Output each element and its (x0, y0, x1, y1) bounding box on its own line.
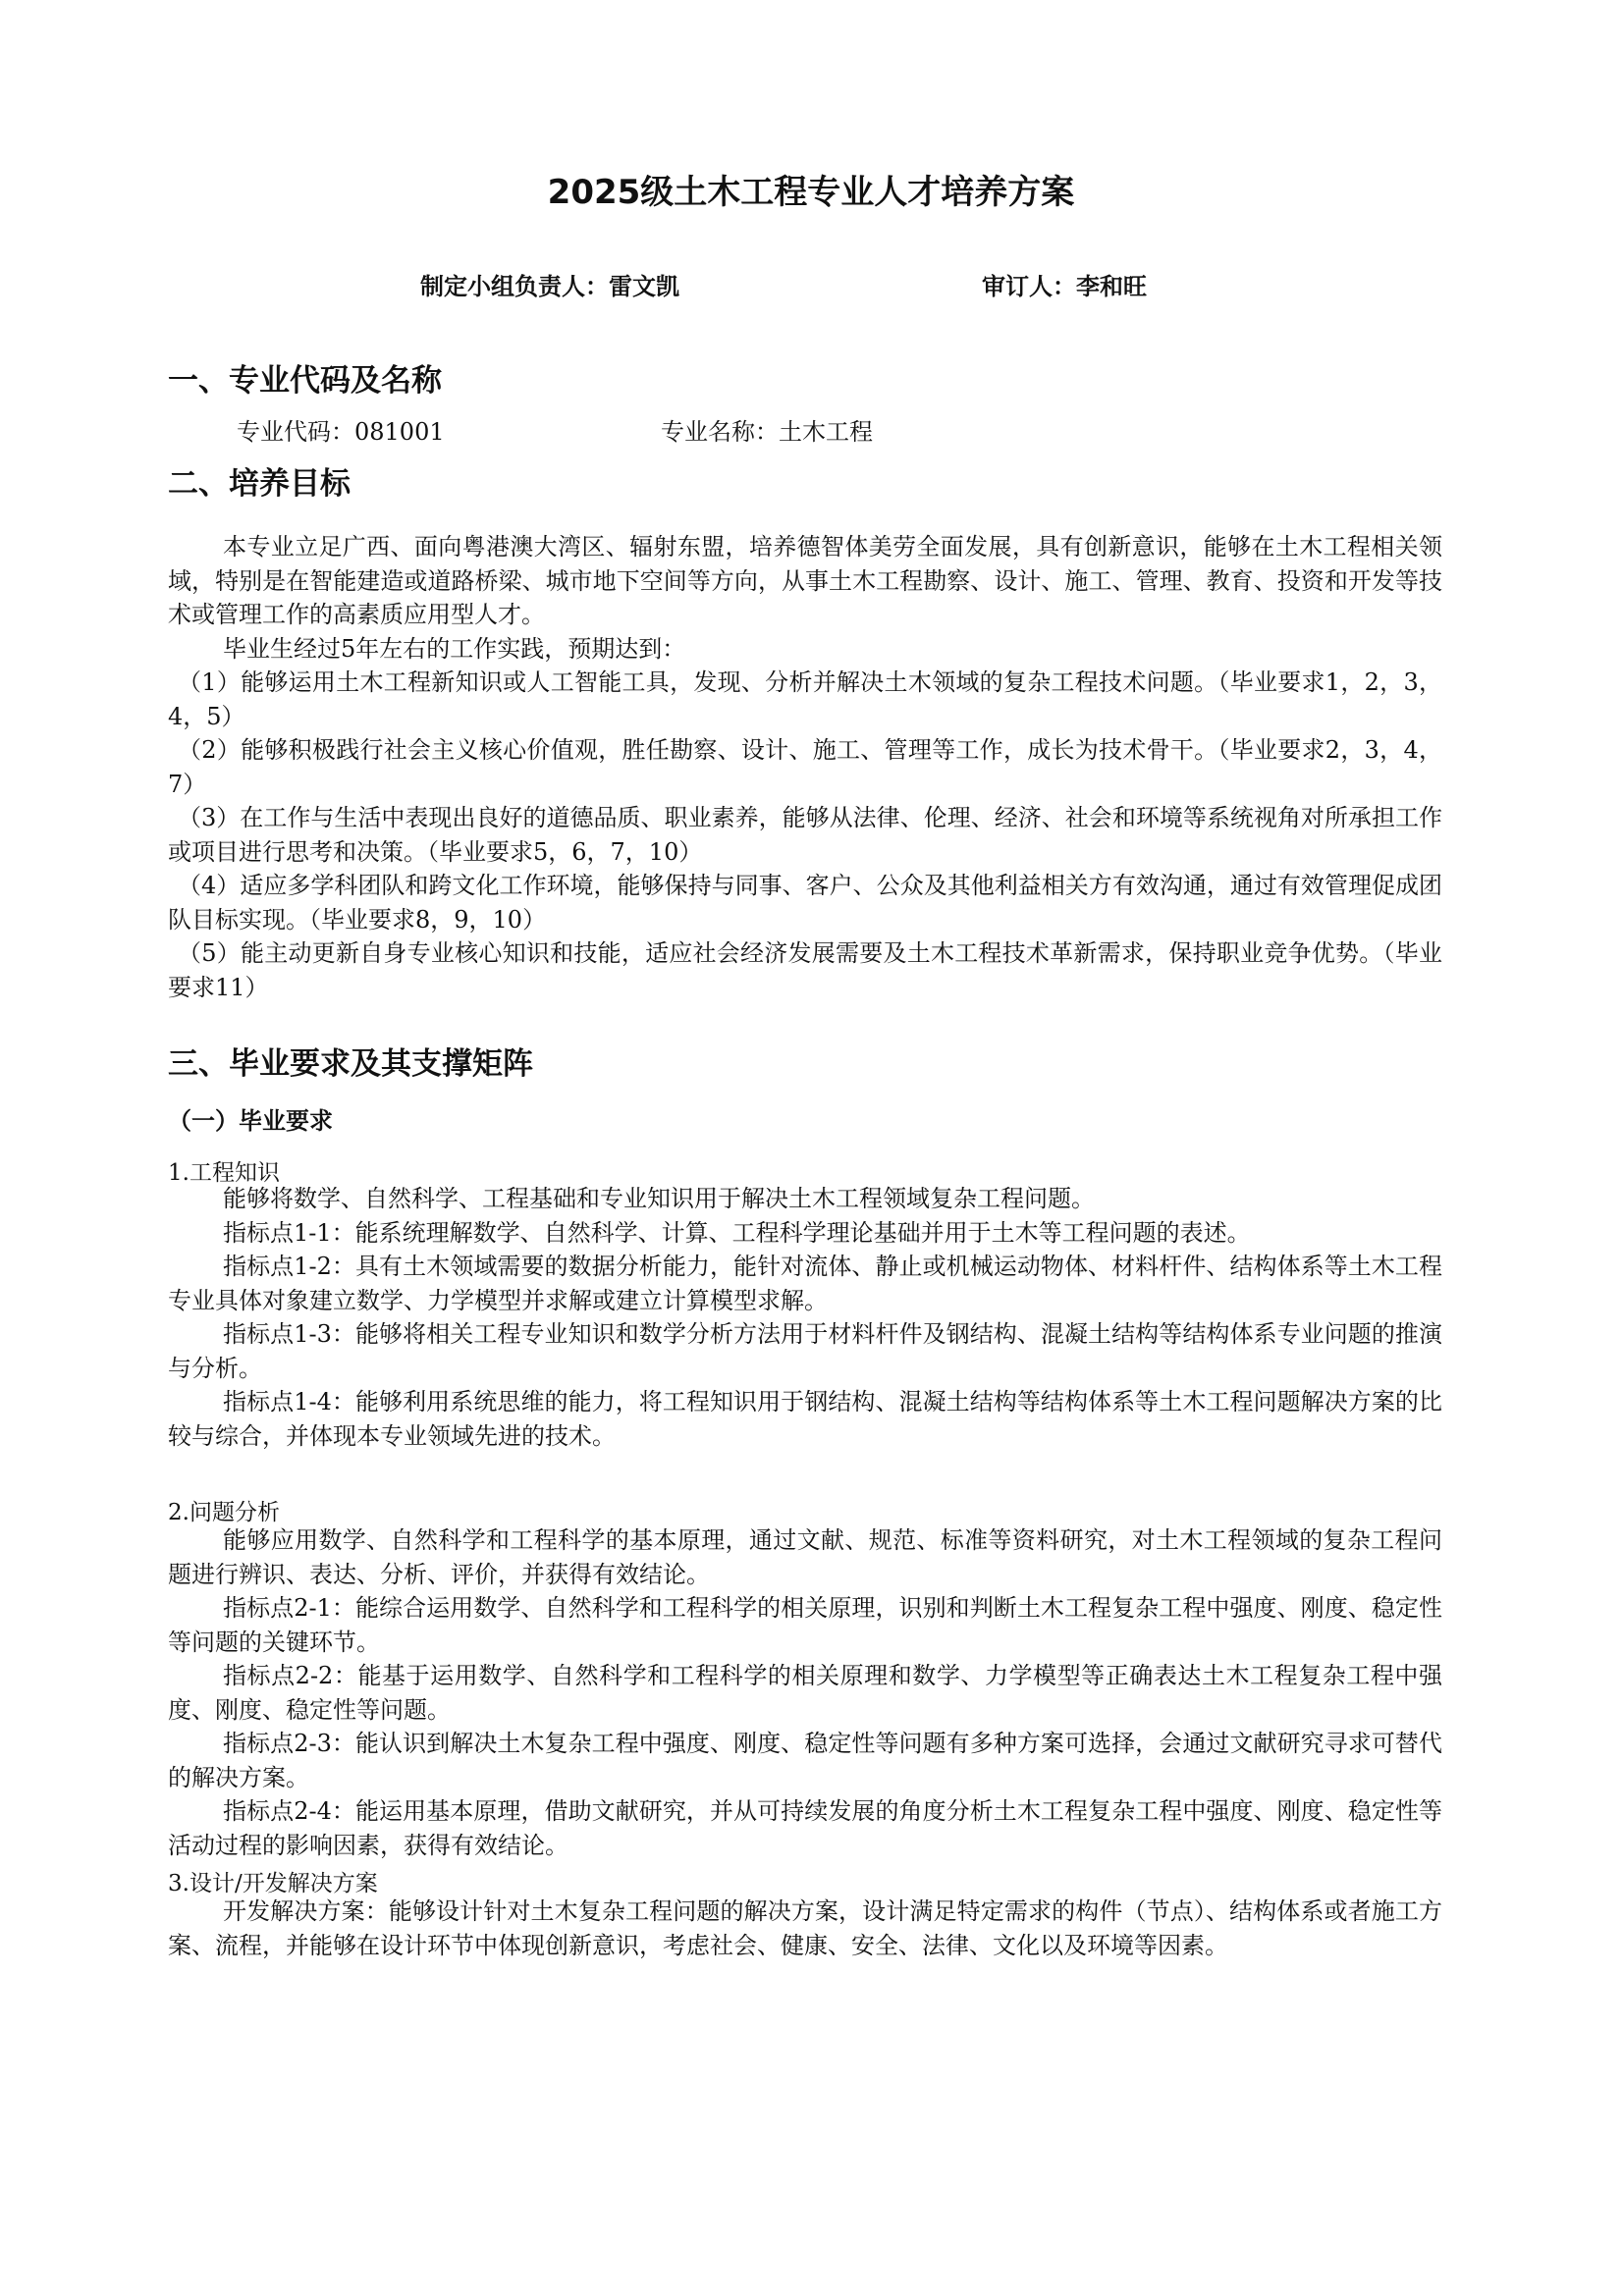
major-code-label: 专业代码： (237, 418, 354, 446)
goal-item: （1）能够运用土木工程新知识或人工智能工具，发现、分析并解决土木领域的复杂工程技… (168, 666, 1442, 733)
section3-heading: 三、毕业要求及其支撑矩阵 (168, 1039, 533, 1083)
indicator-point: 指标点1-3：能够将相关工程专业知识和数学分析方法用于材料杆件及钢结构、混凝土结… (168, 1317, 1442, 1385)
indicator-point: 指标点1-1：能系统理解数学、自然科学、计算、工程科学理论基础并用于土木等工程问… (168, 1216, 1442, 1251)
indicator-point: 指标点2-3：能认识到解决土木复杂工程中强度、刚度、稳定性等问题有多种方案可选择… (168, 1727, 1442, 1794)
reviewer-credit: 审订人：李和旺 (982, 267, 1147, 301)
major-name-value: 土木工程 (779, 418, 873, 446)
goal-item: （3）在工作与生活中表现出良好的道德品质、职业素养，能够从法律、伦理、经济、社会… (168, 801, 1442, 869)
major-name: 专业名称：土木工程 (661, 412, 873, 447)
requirement-2-title: 2.问题分析 (168, 1494, 280, 1526)
leader-label: 制定小组负责人： (420, 273, 609, 300)
requirement-1-desc: 能够将数学、自然科学、工程基础和专业知识用于解决土木工程领域复杂工程问题。 (168, 1182, 1442, 1216)
major-code: 专业代码：081001 (237, 412, 445, 447)
reviewer-label: 审订人： (982, 273, 1076, 300)
indicator-point: 指标点2-1：能综合运用数学、自然科学和工程科学的相关原理，识别和判断土木工程复… (168, 1591, 1442, 1659)
indicator-point: 指标点2-4：能运用基本原理，借助文献研究，并从可持续发展的角度分析土木工程复杂… (168, 1794, 1442, 1862)
goal-item: （4）适应多学科团队和跨文化工作环境，能够保持与同事、客户、公众及其他利益相关方… (168, 869, 1442, 936)
reviewer-name: 李和旺 (1076, 273, 1147, 300)
training-objective-intro: 本专业立足广西、面向粤港澳大湾区、辐射东盟，培养德智体美劳全面发展，具有创新意识… (168, 530, 1442, 632)
document-title: 2025级土木工程专业人才培养方案 (0, 165, 1622, 213)
authors-line: 制定小组负责人：雷文凯 审订人：李和旺 (0, 267, 1622, 302)
leader-name: 雷文凯 (609, 273, 679, 300)
requirement-3-body: 开发解决方案：能够设计针对土木复杂工程问题的解决方案，设计满足特定需求的构件（节… (168, 1895, 1442, 1962)
indicator-point: 指标点1-2：具有土木领域需要的数据分析能力，能针对流体、静止或机械运动物体、材… (168, 1250, 1442, 1317)
section2-heading: 二、培养目标 (168, 458, 351, 503)
graduation-requirements-subheading: （一）毕业要求 (168, 1101, 333, 1136)
requirement-3-desc: 开发解决方案：能够设计针对土木复杂工程问题的解决方案，设计满足特定需求的构件（节… (168, 1895, 1442, 1962)
major-name-label: 专业名称： (661, 418, 779, 446)
requirement-1-body: 能够将数学、自然科学、工程基础和专业知识用于解决土木工程领域复杂工程问题。 指标… (168, 1182, 1442, 1453)
section1-heading: 一、专业代码及名称 (168, 355, 442, 400)
expectation-lead: 毕业生经过5年左右的工作实践，预期达到： (168, 632, 1442, 667)
leader-credit: 制定小组负责人：雷文凯 (420, 267, 679, 301)
major-code-value: 081001 (354, 418, 445, 446)
goal-item: （5）能主动更新自身专业核心知识和技能，适应社会经济发展需要及土木工程技术革新需… (168, 936, 1442, 1004)
indicator-point: 指标点1-4：能够利用系统思维的能力，将工程知识用于钢结构、混凝土结构等结构体系… (168, 1385, 1442, 1453)
document-page: 2025级土木工程专业人才培养方案 制定小组负责人：雷文凯 审订人：李和旺 一、… (0, 0, 1622, 2296)
goal-item: （2）能够积极践行社会主义核心价值观，胜任勘察、设计、施工、管理等工作，成长为技… (168, 733, 1442, 801)
requirement-2-body: 能够应用数学、自然科学和工程科学的基本原理，通过文献、规范、标准等资料研究，对土… (168, 1523, 1442, 1862)
requirement-2-desc: 能够应用数学、自然科学和工程科学的基本原理，通过文献、规范、标准等资料研究，对土… (168, 1523, 1442, 1591)
requirement-3-title: 3.设计/开发解决方案 (168, 1865, 378, 1897)
section2-body: 本专业立足广西、面向粤港澳大湾区、辐射东盟，培养德智体美劳全面发展，具有创新意识… (168, 530, 1442, 1004)
indicator-point: 指标点2-2：能基于运用数学、自然科学和工程科学的相关原理和数学、力学模型等正确… (168, 1659, 1442, 1727)
